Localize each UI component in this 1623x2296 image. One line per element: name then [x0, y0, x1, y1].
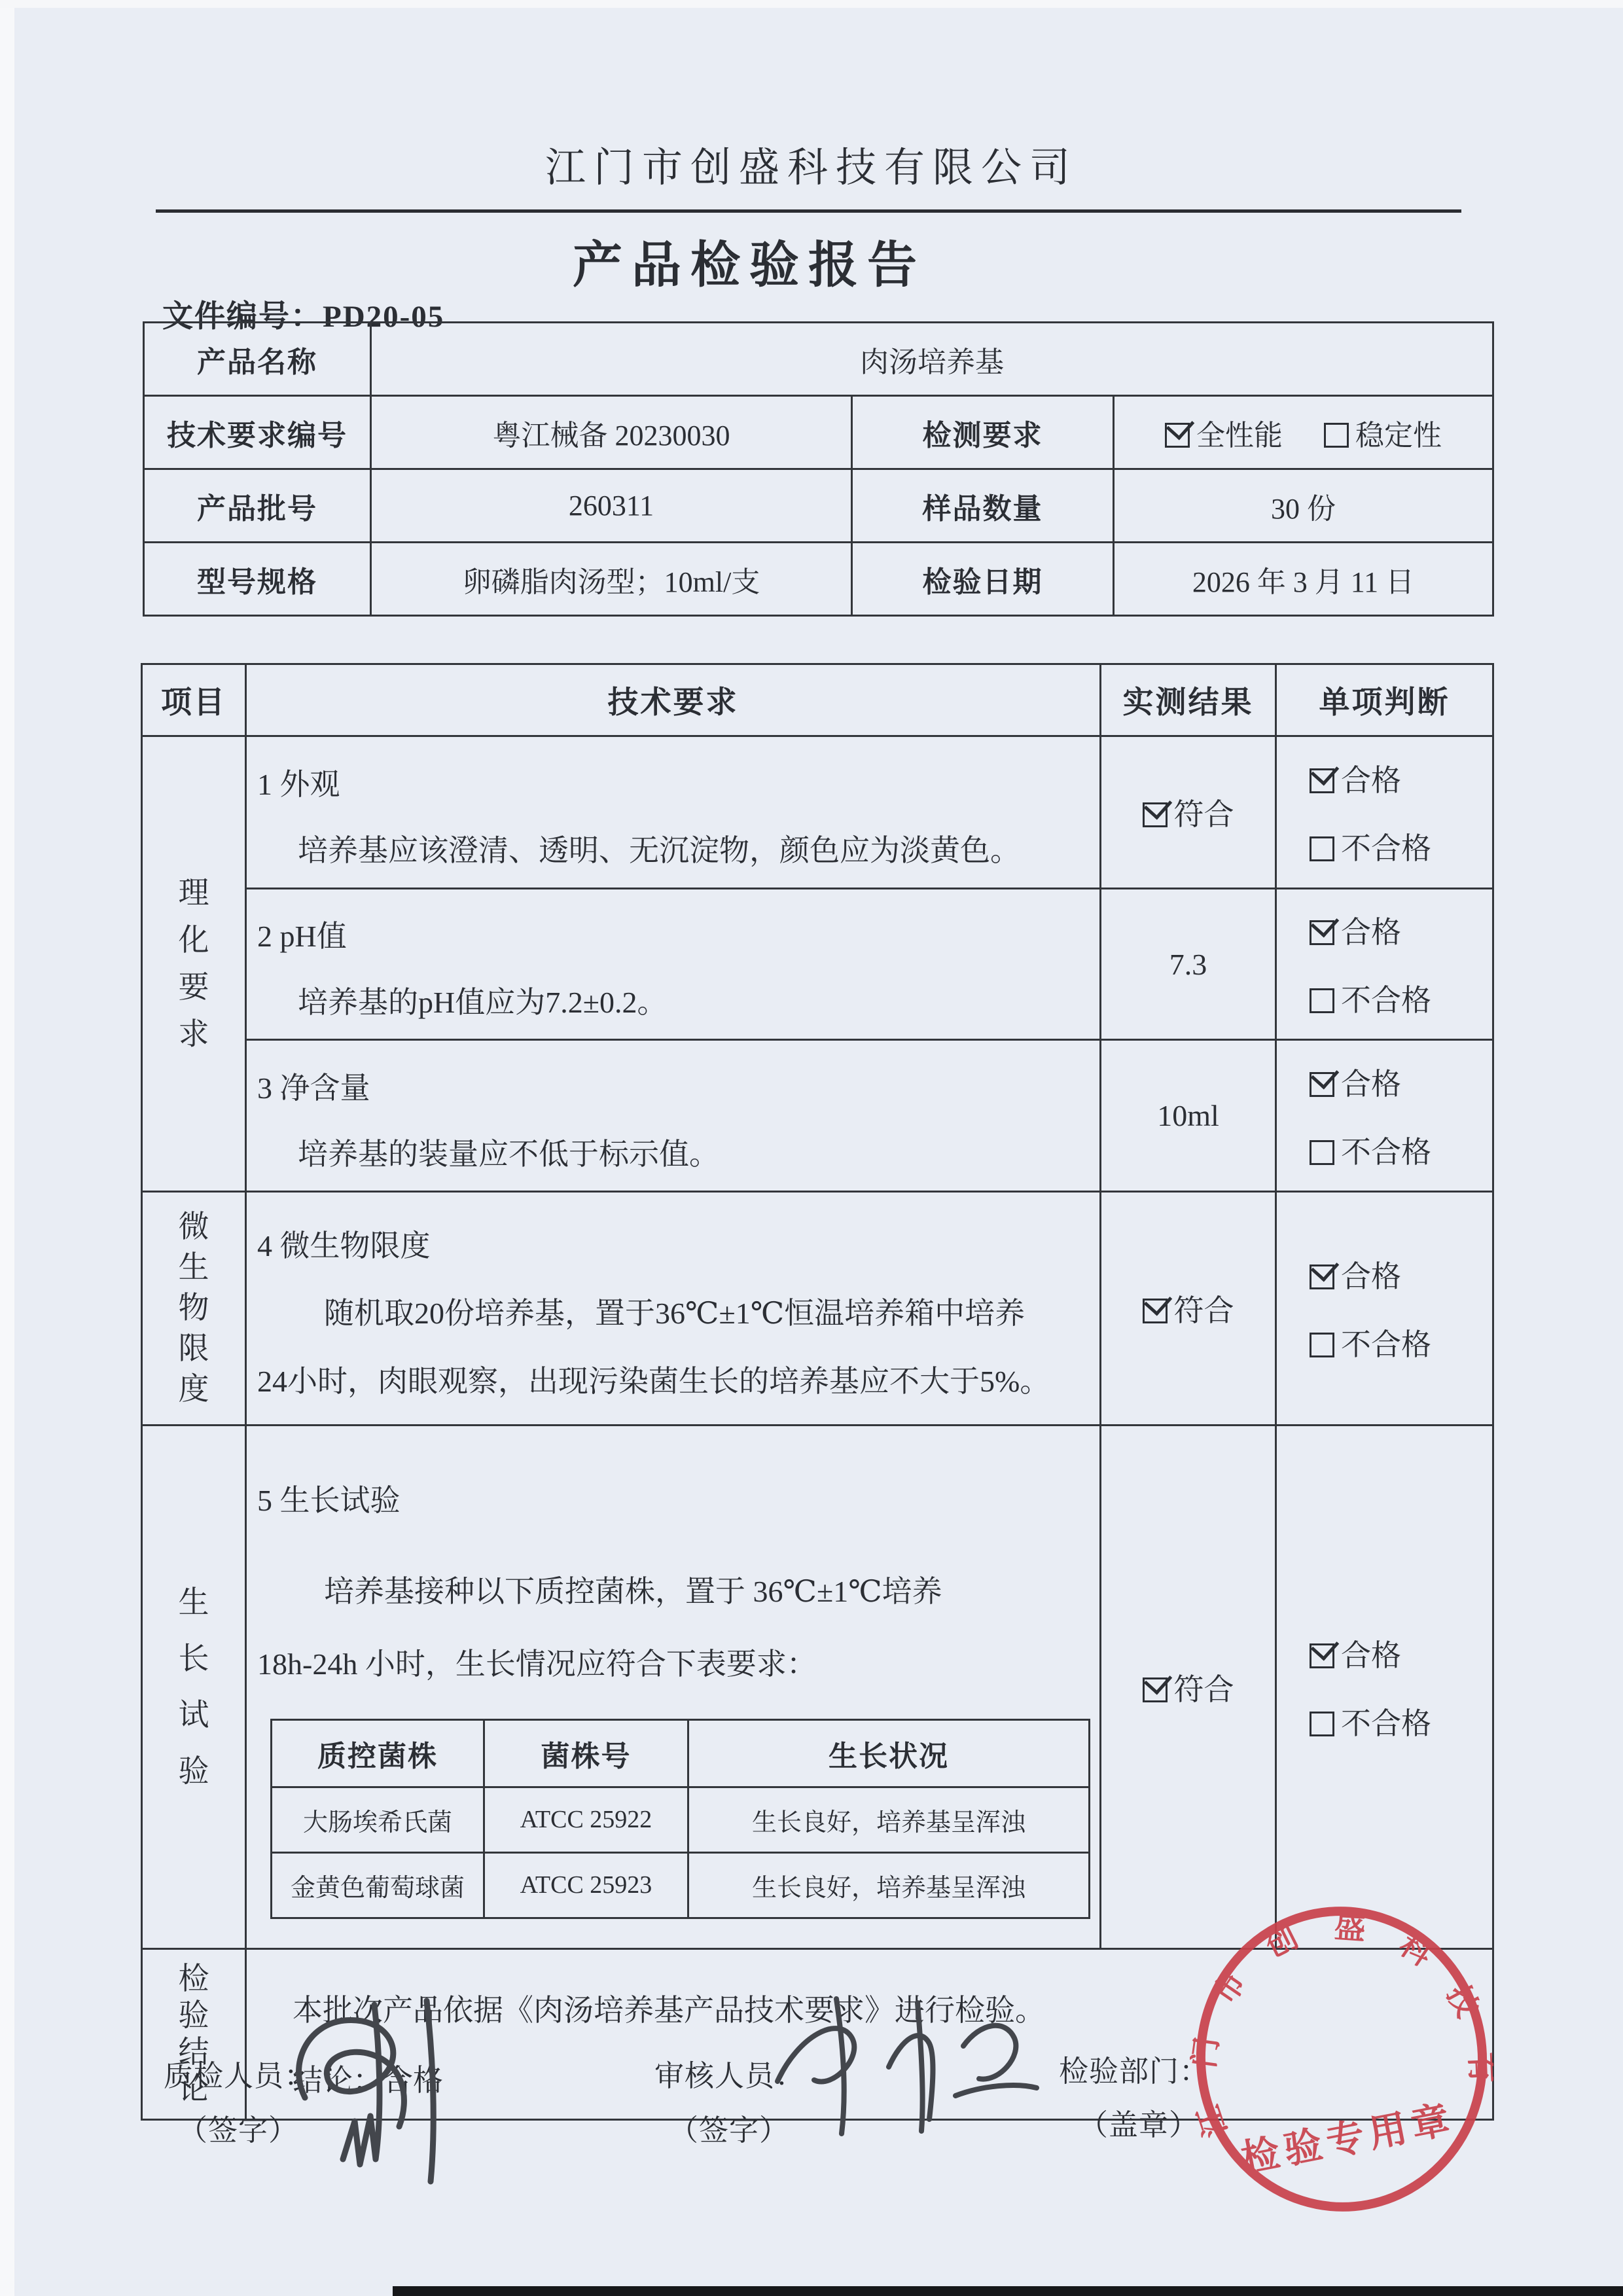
table-row: 产品名称 肉汤培养基 — [144, 323, 1493, 396]
scan-edge-bottom — [393, 2286, 1623, 2296]
requirement-title: 5 生长试验 — [257, 1484, 1089, 1518]
stamp-caption-text: 检验专用章 — [1238, 2098, 1458, 2181]
volume-requirement: 3 净含量 培养基的装量应不低于标示值。 — [246, 1040, 1101, 1192]
review-signature — [759, 1983, 1047, 2147]
requirement-title: 1 外观 — [257, 768, 1089, 802]
sample-qty-label: 样品数量 — [852, 469, 1114, 543]
growth-requirement: 5 生长试验 培养基接种以下质控菌株，置于 36℃±1℃培养 18h-24h 小… — [246, 1426, 1101, 1949]
checkbox-empty-icon — [1310, 1712, 1334, 1736]
table-row: 技术要求编号 粤江械备 20230030 检测要求 全性能 稳定性 — [144, 396, 1493, 469]
requirement-title: 4 微生物限度 — [257, 1229, 1089, 1264]
test-req-option-1: 全性能 — [1196, 420, 1283, 452]
results-header-row: 项目 技术要求 实测结果 单项判断 — [142, 664, 1493, 736]
group-growth: 生长试验 — [142, 1426, 246, 1949]
product-name-value: 肉汤培养基 — [371, 323, 1493, 396]
strain-col-strain: 质控菌株 — [272, 1719, 484, 1787]
scanned-report-page: { "header": { "company": "江门市创盛科技有限公司", … — [0, 0, 1623, 2296]
row-volume: 3 净含量 培养基的装量应不低于标示值。 10ml 合格 不合格 — [142, 1040, 1493, 1192]
header-rule — [156, 209, 1461, 213]
requirement-text: 18h-24h 小时，生长情况应符合下表要求： — [257, 1647, 1089, 1682]
appearance-requirement: 1 外观 培养基应该澄清、透明、无沉淀物，颜色应为淡黄色。 — [246, 736, 1101, 889]
requirement-text: 24小时，肉眼观察，出现污染菌生长的培养基应不大于5%。 — [257, 1365, 1089, 1399]
col-header-requirement: 技术要求 — [246, 664, 1101, 736]
col-header-judgement: 单项判断 — [1276, 664, 1493, 736]
batch-value: 260311 — [371, 469, 852, 543]
growth-result: 符合 — [1101, 1426, 1276, 1949]
product-name-label: 产品名称 — [144, 323, 371, 396]
scan-edge-left — [0, 0, 14, 2296]
checkbox-checked-icon — [1310, 768, 1334, 793]
requirement-text: 培养基接种以下质控菌株，置于 36℃±1℃培养 — [324, 1575, 1089, 1609]
table-row: 产品批号 260311 样品数量 30 份 — [144, 469, 1493, 543]
batch-label: 产品批号 — [144, 469, 371, 543]
strain-row: 金黄色葡萄球菌 ATCC 25923 生长良好，培养基呈浑浊 — [272, 1852, 1090, 1918]
dept-label: 检验部门： — [1059, 2047, 1209, 2090]
checkbox-checked-icon — [1143, 1677, 1168, 1702]
page-title: 产品检验报告 — [0, 225, 1499, 296]
tech-req-no-label: 技术要求编号 — [144, 396, 371, 469]
test-req-label: 检测要求 — [852, 396, 1114, 469]
checkbox-checked-icon — [1165, 423, 1190, 448]
sample-qty-value: 30 份 — [1114, 469, 1493, 543]
tech-req-no-value: 粤江械备 20230030 — [371, 396, 852, 469]
checkbox-empty-icon — [1310, 988, 1334, 1013]
strain-row: 大肠埃希氏菌 ATCC 25922 生长良好，培养基呈浑浊 — [272, 1787, 1090, 1852]
requirement-text: 培养基应该澄清、透明、无沉淀物，颜色应为淡黄色。 — [298, 834, 1089, 869]
inspection-stamp: 江门市创盛科技有限公司 检验专用章 — [1190, 1897, 1493, 2221]
micro-requirement: 4 微生物限度 随机取20份培养基，置于36℃±1℃恒温培养箱中培养 24小时，… — [246, 1192, 1101, 1426]
checkbox-empty-icon — [1310, 836, 1334, 861]
test-req-value: 全性能 稳定性 — [1114, 396, 1493, 469]
company-name: 江门市创盛科技有限公司 — [0, 135, 1623, 193]
volume-judgement: 合格 不合格 — [1276, 1040, 1493, 1192]
ph-result: 7.3 — [1101, 889, 1276, 1040]
volume-result: 10ml — [1101, 1040, 1276, 1192]
checkbox-checked-icon — [1143, 802, 1168, 827]
qc-signature — [275, 1986, 491, 2189]
test-date-label: 检验日期 — [852, 543, 1114, 616]
appearance-result: 符合 — [1101, 736, 1276, 889]
ph-requirement: 2 pH值 培养基的pH值应为7.2±0.2。 — [246, 889, 1101, 1040]
checkbox-checked-icon — [1310, 1072, 1334, 1097]
product-info-table: 产品名称 肉汤培养基 技术要求编号 粤江械备 20230030 检测要求 全性能… — [143, 321, 1494, 617]
checkbox-checked-icon — [1310, 1643, 1334, 1668]
checkbox-checked-icon — [1310, 920, 1334, 945]
requirement-text: 培养基的pH值应为7.2±0.2。 — [298, 986, 1089, 1020]
strain-col-number: 菌株号 — [484, 1719, 688, 1787]
col-header-result: 实测结果 — [1101, 664, 1276, 736]
table-row: 型号规格 卵磷脂肉汤型；10ml/支 检验日期 2026 年 3 月 11 日 — [144, 543, 1493, 616]
dept-stamp-label: （盖章） — [1079, 2101, 1199, 2144]
checkbox-checked-icon — [1310, 1265, 1334, 1289]
requirement-text: 培养基的装量应不低于标示值。 — [298, 1138, 1089, 1172]
row-ph: 2 pH值 培养基的pH值应为7.2±0.2。 7.3 合格 不合格 — [142, 889, 1493, 1040]
strain-col-growth: 生长状况 — [688, 1719, 1090, 1787]
model-value: 卵磷脂肉汤型；10ml/支 — [371, 543, 852, 616]
group-micro: 微生物限度 — [142, 1192, 246, 1426]
col-header-item: 项目 — [142, 664, 246, 736]
group-physchem: 理化要求 — [142, 736, 246, 1192]
scan-edge-top — [0, 0, 1623, 8]
strain-table: 质控菌株 菌株号 生长状况 大肠埃希氏菌 ATCC 25922 生长良好，培养基… — [270, 1719, 1090, 1919]
row-growth-test: 生长试验 5 生长试验 培养基接种以下质控菌株，置于 36℃±1℃培养 18h-… — [142, 1426, 1493, 1949]
row-appearance: 理化要求 1 外观 培养基应该澄清、透明、无沉淀物，颜色应为淡黄色。 符合 合格… — [142, 736, 1493, 889]
micro-result: 符合 — [1101, 1192, 1276, 1426]
test-req-option-2: 稳定性 — [1355, 420, 1442, 452]
checkbox-checked-icon — [1143, 1299, 1168, 1323]
row-microbial-limit: 微生物限度 4 微生物限度 随机取20份培养基，置于36℃±1℃恒温培养箱中培养… — [142, 1192, 1493, 1426]
checkbox-empty-icon — [1324, 423, 1349, 448]
model-label: 型号规格 — [144, 543, 371, 616]
appearance-judgement: 合格 不合格 — [1276, 736, 1493, 889]
requirement-text: 随机取20份培养基，置于36℃±1℃恒温培养箱中培养 — [324, 1297, 1089, 1331]
requirement-title: 3 净含量 — [257, 1071, 1089, 1106]
test-date-value: 2026 年 3 月 11 日 — [1114, 543, 1493, 616]
checkbox-empty-icon — [1310, 1333, 1334, 1357]
stamp-ring — [1190, 1899, 1493, 2219]
growth-judgement: 合格 不合格 — [1276, 1426, 1493, 1949]
ph-judgement: 合格 不合格 — [1276, 889, 1493, 1040]
requirement-title: 2 pH值 — [257, 920, 1089, 954]
strain-header-row: 质控菌株 菌株号 生长状况 — [272, 1719, 1090, 1787]
checkbox-empty-icon — [1310, 1140, 1334, 1165]
micro-judgement: 合格 不合格 — [1276, 1192, 1493, 1426]
